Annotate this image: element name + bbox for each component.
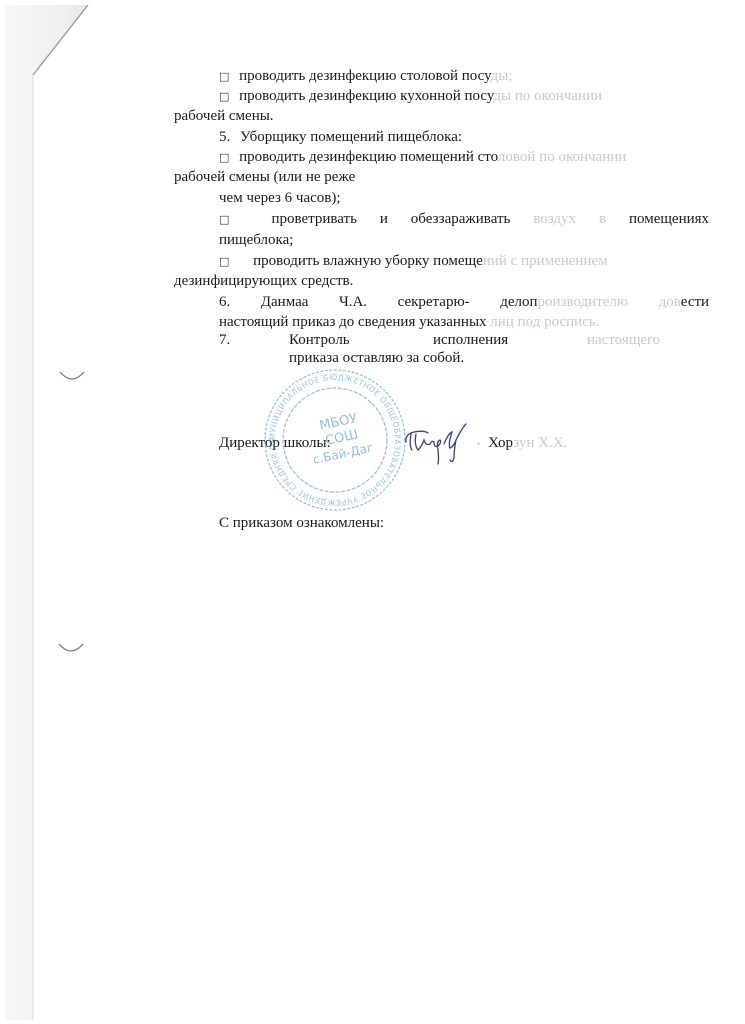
continuation-text: рабочей смены (или не реже <box>174 168 355 186</box>
numbered-item-6: 6. Данмаа Ч.А. секретарю- делопроизводит… <box>219 293 709 311</box>
bullet-item: □ проветривать и обеззараживать воздух в… <box>219 210 709 229</box>
numbered-item-5: 5. Уборщику помещений пищеблока: <box>219 128 462 146</box>
bullet-item: □ проводить влажную уборку помещений с п… <box>219 252 608 271</box>
checkbox-bullet-icon: □ <box>219 255 229 268</box>
bullet-item: □ проводить дезинфекцию кухонной посуды … <box>219 87 602 106</box>
checkbox-bullet-icon: □ <box>219 90 229 103</box>
bullet-item: □ проводить дезинфекцию столовой посуды; <box>219 67 513 86</box>
continuation-text: пищеблока; <box>219 231 293 249</box>
hole-punch-mark <box>57 640 85 656</box>
checkbox-bullet-icon: □ <box>219 213 249 226</box>
svg-text:МБОУ: МБОУ <box>318 411 359 434</box>
director-name: •Хорзун Х.Х. <box>477 434 567 453</box>
signature-title: Директор школы: <box>219 434 331 452</box>
continuation-text: чем через 6 часов); <box>219 189 341 207</box>
handwritten-signature <box>402 420 472 466</box>
checkbox-bullet-icon: □ <box>219 151 229 164</box>
continuation-text: настоящий приказ до сведения указанных л… <box>219 313 599 331</box>
checkbox-bullet-icon: □ <box>219 70 229 83</box>
continuation-text: приказа оставляю за собой. <box>289 349 464 367</box>
continuation-text: дезинфицирующих средств. <box>174 272 353 290</box>
bullet-item: □ проводить дезинфекцию помещений столов… <box>219 148 626 167</box>
numbered-item-7: 7. Контроль исполнения настоящего <box>219 331 709 349</box>
continuation-text: рабочей смены. <box>174 107 274 125</box>
hole-punch-mark <box>58 368 86 384</box>
acknowledgement-label: С приказом ознакомлены: <box>219 514 384 532</box>
